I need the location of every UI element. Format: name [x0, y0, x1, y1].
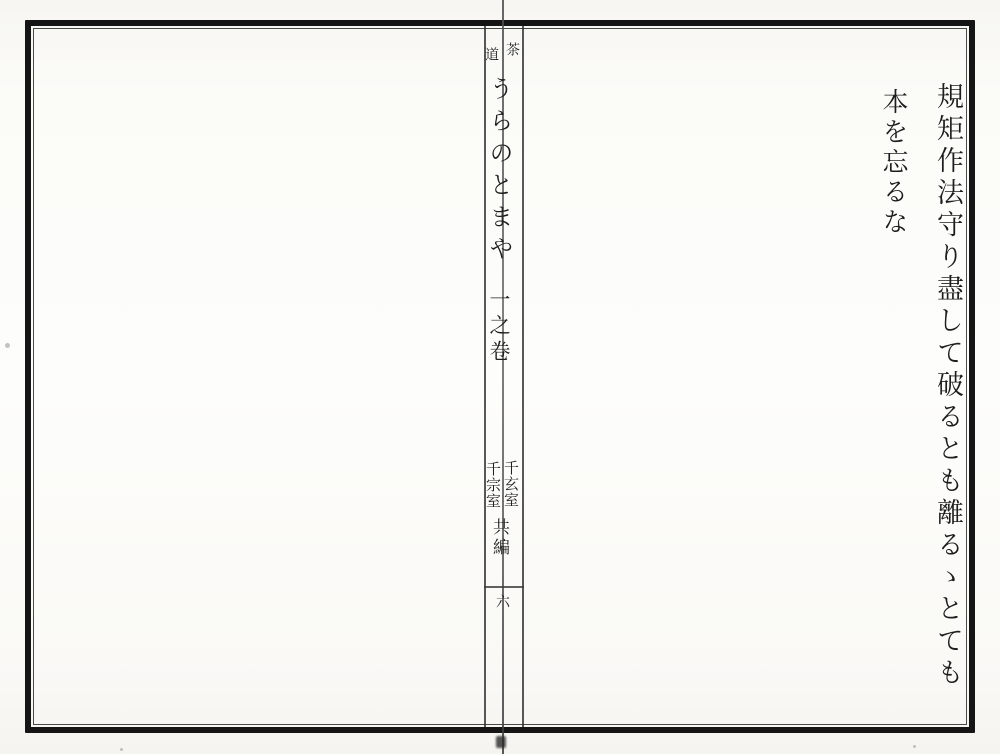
dust-speck: [913, 745, 916, 748]
series-label-left-char: 道: [485, 47, 500, 61]
poem-column-1: 規矩作法守り盡して破るとも離るゝとても: [938, 82, 968, 690]
book-title: うらのとまや: [490, 76, 516, 268]
editor-name-right: 千玄室: [505, 460, 521, 508]
leaf-number: 六: [496, 594, 511, 608]
poem-column-2: 本を忘るな: [884, 88, 912, 238]
dust-speck: [5, 343, 10, 348]
dust-speck: [120, 748, 123, 751]
book-spread-scan: 規矩作法守り盡して破るとも離るゝとても 本を忘るな 茶 道 うらのとまや 一之卷…: [0, 0, 1000, 754]
left-page-blank: [31, 30, 483, 727]
edit-credit-label: 共編: [495, 518, 512, 558]
fold-ink-smudge: [496, 736, 506, 748]
editor-name-left: 千宗室: [487, 461, 503, 509]
gutter-column-rule-right: [522, 26, 524, 727]
gutter-column-separator-rule: [484, 586, 524, 588]
volume-label: 一之卷: [492, 288, 514, 366]
series-label-right-char: 茶: [506, 42, 521, 56]
